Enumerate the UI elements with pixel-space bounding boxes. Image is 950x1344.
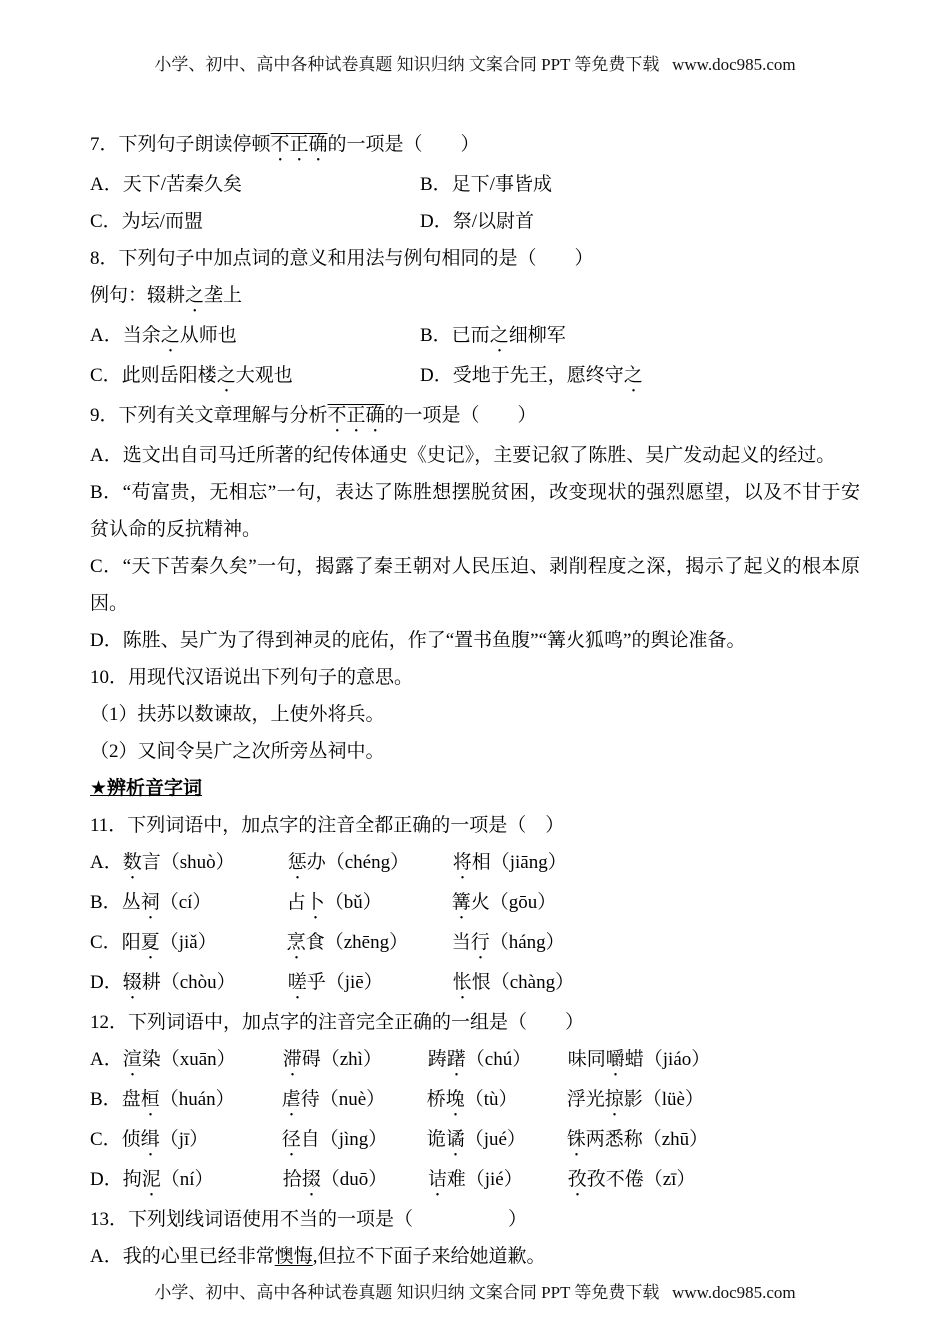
q9-title: 9．下列有关文章理解与分析不正确的一项是（ ） (90, 397, 860, 437)
q7-option-a: A．天下/苦秦久矣 (90, 166, 420, 203)
option-label: C． (90, 1121, 122, 1161)
section-title: ★辨析音字词 (90, 770, 860, 807)
option-label: D． (90, 1161, 123, 1201)
q8-title: 8．下列句子中加点词的意义和用法与例句相同的是（ ） (90, 240, 860, 277)
term: 拾掇（duō） (283, 1161, 428, 1201)
term: 当行（háng） (452, 924, 565, 964)
q8-option-d: D．受地于先王，愿终守之 (420, 357, 860, 397)
term: 浮光掠影（lüè） (567, 1081, 704, 1121)
q12-option-c: C． 侦缉（jī） 径自（jìng） 诡谲（jué） 铢两悉称（zhū） (90, 1121, 860, 1161)
term: 拘泥（ní） (123, 1161, 283, 1201)
option-label: D． (90, 964, 123, 1004)
q9-option-d: D．陈胜、吴广为了得到神灵的庇佑，作了“置书鱼腹”“篝火狐鸣”的舆论准备。 (90, 622, 860, 659)
q13-option-a: A．我的心里已经非常懊悔,但拉不下面子来给她道歉。 (90, 1238, 860, 1275)
term: 数言（shuò） (123, 844, 288, 884)
page-footer: 小学、初中、高中各种试卷真题 知识归纳 文案合同 PPT 等免费下载 www.d… (90, 1281, 860, 1305)
option-label: B． (90, 1081, 122, 1121)
q11-option-c: C． 阳夏（jiǎ） 烹食（zhēng） 当行（háng） (90, 924, 860, 964)
q12-option-d: D． 拘泥（ní） 拾掇（duō） 诘难（jié） 孜孜不倦（zī） (90, 1161, 860, 1201)
q7-option-d: D．祭/以尉首 (420, 203, 860, 240)
q8-option-b: B．已而之细柳军 (420, 317, 860, 357)
term: 铢两悉称（zhū） (567, 1121, 708, 1161)
term: 烹食（zhēng） (287, 924, 452, 964)
q8-example: 例句：辍耕之垄上 (90, 277, 860, 317)
term: 踌躇（chú） (428, 1041, 568, 1081)
q9-option-a: A．选文出自司马迁所著的纪传体通史《史记》，主要记叙了陈胜、吴广发动起义的经过。 (90, 437, 860, 474)
q8-option-a: A．当余之从师也 (90, 317, 420, 357)
q12-title: 12．下列词语中，加点字的注音完全正确的一组是（ ） (90, 1004, 860, 1041)
term: 盘桓（huán） (122, 1081, 282, 1121)
term: 阳夏（jiǎ） (122, 924, 287, 964)
term: 虐待（nuè） (282, 1081, 427, 1121)
q7-title: 7．下列句子朗读停顿不正确的一项是（ ） (90, 126, 860, 166)
page-header: 小学、初中、高中各种试卷真题 知识归纳 文案合同 PPT 等免费下载 www.d… (90, 52, 860, 78)
term: 桥堍（tù） (427, 1081, 567, 1121)
term: 丛祠（cí） (122, 884, 287, 924)
option-label: A． (90, 1041, 123, 1081)
q7-options-row-2: C．为坛/而盟 D．祭/以尉首 (90, 203, 860, 240)
term: 辍耕（chòu） (123, 964, 288, 1004)
q12-option-a: A． 渲染（xuān） 滞碍（zhì） 踌躇（chú） 味同嚼蜡（jiáo） (90, 1041, 860, 1081)
term: 怅恨（chàng） (453, 964, 574, 1004)
term: 篝火（gōu） (452, 884, 557, 924)
term: 滞碍（zhì） (283, 1041, 428, 1081)
q8-option-c: C．此则岳阳楼之大观也 (90, 357, 420, 397)
term: 侦缉（jī） (122, 1121, 282, 1161)
term: 嗟乎（jiē） (288, 964, 453, 1004)
q10-sentence-1: （1）扶苏以数谏故，上使外将兵。 (90, 696, 860, 733)
q8-options-row-1: A．当余之从师也 B．已而之细柳军 (90, 317, 860, 357)
option-label: B． (90, 884, 122, 924)
q12-option-b: B． 盘桓（huán） 虐待（nuè） 桥堍（tù） 浮光掠影（lüè） (90, 1081, 860, 1121)
q7-option-b: B．足下/事皆成 (420, 166, 860, 203)
q11-option-b: B． 丛祠（cí） 占卜（bǔ） 篝火（gōu） (90, 884, 860, 924)
q11-option-d: D． 辍耕（chòu） 嗟乎（jiē） 怅恨（chàng） (90, 964, 860, 1004)
term: 将相（jiāng） (453, 844, 567, 884)
q13-title: 13．下列划线词语使用不当的一项是（ ） (90, 1201, 860, 1238)
term: 惩办（chéng） (288, 844, 453, 884)
q11-title: 11．下列词语中，加点字的注音全都正确的一项是（ ） (90, 807, 860, 844)
term: 渲染（xuān） (123, 1041, 283, 1081)
term: 味同嚼蜡（jiáo） (568, 1041, 711, 1081)
q9-option-b: B．“苟富贵，无相忘”一句，表达了陈胜想摆脱贫困，改变现状的强烈愿望，以及不甘于… (90, 474, 860, 548)
option-label: A． (90, 844, 123, 884)
q10-sentence-2: （2）又间令吴广之次所旁丛祠中。 (90, 733, 860, 770)
term: 诘难（jié） (428, 1161, 568, 1201)
term: 占卜（bǔ） (287, 884, 452, 924)
term: 径自（jìng） (282, 1121, 427, 1161)
q8-options-row-2: C．此则岳阳楼之大观也 D．受地于先王，愿终守之 (90, 357, 860, 397)
q10-title: 10．用现代汉语说出下列句子的意思。 (90, 659, 860, 696)
term: 诡谲（jué） (427, 1121, 567, 1161)
exam-page: 小学、初中、高中各种试卷真题 知识归纳 文案合同 PPT 等免费下载 www.d… (0, 0, 950, 1305)
q7-option-c: C．为坛/而盟 (90, 203, 420, 240)
q9-option-c: C．“天下苦秦久矣”一句，揭露了秦王朝对人民压迫、剥削程度之深，揭示了起义的根本… (90, 548, 860, 622)
option-label: C． (90, 924, 122, 964)
q7-options-row-1: A．天下/苦秦久矣 B．足下/事皆成 (90, 166, 860, 203)
q11-option-a: A． 数言（shuò） 惩办（chéng） 将相（jiāng） (90, 844, 860, 884)
term: 孜孜不倦（zī） (568, 1161, 696, 1201)
